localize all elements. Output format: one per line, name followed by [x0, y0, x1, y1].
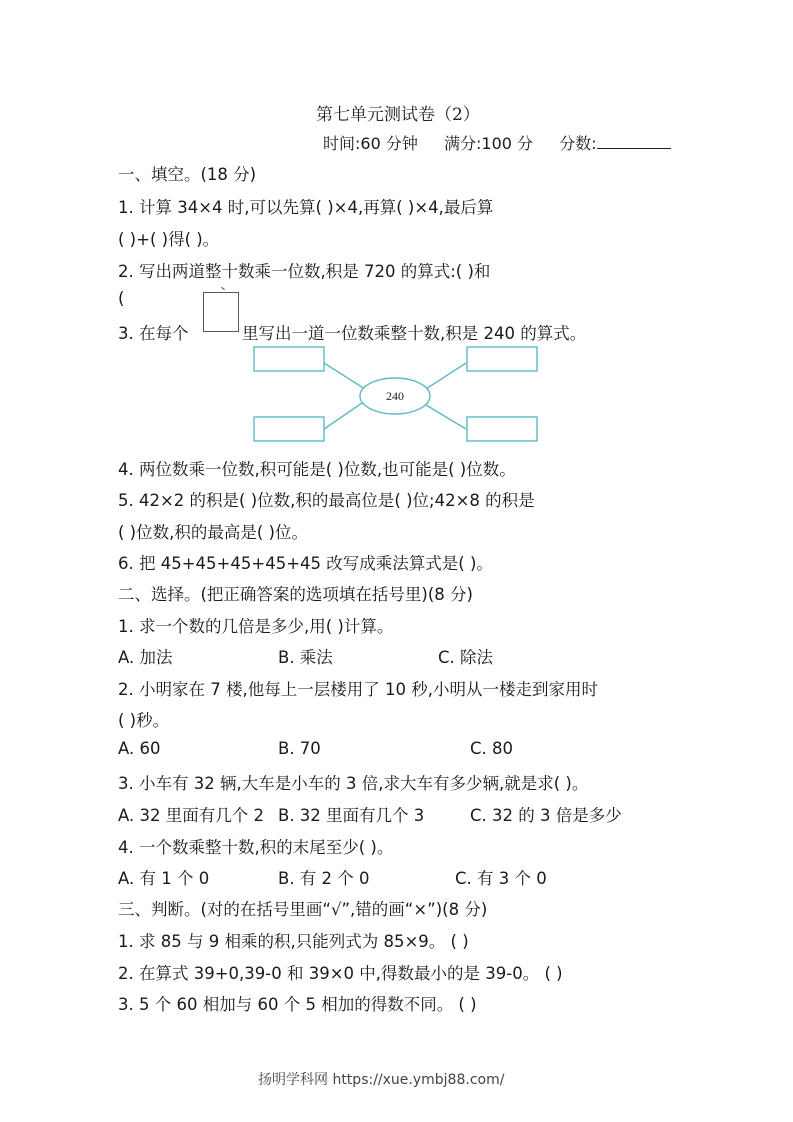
- s2-q3-option-c: C. 32 的 3 倍是多少: [470, 802, 622, 826]
- answer-box-icon: [203, 292, 239, 332]
- connector-line: [426, 363, 466, 389]
- page-title: 第七单元测试卷（2）: [316, 100, 480, 125]
- footer-watermark: 扬明学科网 https://xue.ymbj88.com/: [258, 1069, 504, 1089]
- center-value: 240: [386, 389, 404, 403]
- s1-q3-prefix: 3. 在每个: [118, 320, 189, 344]
- score-label: 分数:: [559, 134, 596, 153]
- s2-q4-option-a: A. 有 1 个 0: [118, 865, 209, 889]
- s3-item-2: 2. 在算式 39+0,39-0 和 39×0 中,得数最小的是 39-0。 (…: [118, 960, 563, 984]
- s2-q3-option-b: B. 32 里面有几个 3: [278, 802, 424, 826]
- s1-q5-line2: ( )位数,积的最高是( )位。: [118, 519, 308, 543]
- s1-q2-line1: 2. 写出两道整十数乘一位数,积是 720 的算式:( )和: [118, 258, 490, 282]
- s2-q1-option-b: B. 乘法: [278, 644, 333, 668]
- s2-q4-option-b: B. 有 2 个 0: [278, 865, 370, 889]
- connector-line: [324, 363, 365, 389]
- full-marks-label: 满分:100 分: [444, 134, 533, 153]
- s1-q4: 4. 两位数乘一位数,积可能是( )位数,也可能是( )位数。: [118, 456, 516, 480]
- product-240-diagram: 240: [240, 335, 560, 455]
- s1-q6: 6. 把 45+45+45+45+45 改写成乘法算式是( )。: [118, 550, 493, 574]
- answer-box-bottom-right[interactable]: [467, 417, 537, 441]
- time-label: 时间:60 分钟: [323, 134, 418, 153]
- connector-line: [324, 403, 362, 429]
- s2-q2-line2: ( )秒。: [118, 707, 169, 731]
- section3-heading: 三、判断。(对的在括号里画“√”,错的画“×”)(8 分): [118, 896, 487, 920]
- box-tick-mark: [221, 287, 225, 290]
- s3-item-1: 1. 求 85 与 9 相乘的积,只能列式为 85×9。 ( ): [118, 928, 469, 952]
- s2-q1: 1. 求一个数的几倍是多少,用( )计算。: [118, 613, 393, 637]
- answer-box-bottom-left[interactable]: [254, 417, 324, 441]
- s2-q4-option-c: C. 有 3 个 0: [455, 865, 547, 889]
- s3-item-3: 3. 5 个 60 相加与 60 个 5 相加的得数不同。 ( ): [118, 991, 477, 1015]
- s2-q1-option-c: C. 除法: [438, 644, 493, 668]
- connector-line: [426, 405, 466, 429]
- s2-q2-option-b: B. 70: [278, 739, 321, 758]
- answer-box-top-left[interactable]: [254, 347, 324, 371]
- s1-q1-line1: 1. 计算 34×4 时,可以先算( )×4,再算( )×4,最后算: [118, 194, 493, 218]
- score-blank[interactable]: [597, 134, 671, 149]
- s2-q2-line1: 2. 小明家在 7 楼,他每上一层楼用了 10 秒,小明从一楼走到家用时: [118, 676, 598, 700]
- s1-q1-line2: ( )+( )得( )。: [118, 226, 219, 250]
- s2-q3: 3. 小车有 32 辆,大车是小车的 3 倍,求大车有多少辆,就是求( )。: [118, 770, 588, 794]
- s1-q2-line2: (: [118, 289, 124, 308]
- s2-q4: 4. 一个数乘整十数,积的末尾至少( )。: [118, 834, 393, 858]
- s2-q2-option-c: C. 80: [470, 739, 513, 758]
- s2-q2-option-a: A. 60: [118, 739, 160, 758]
- exam-meta: 时间:60 分钟 满分:100 分 分数:: [323, 131, 671, 154]
- section1-heading: 一、填空。(18 分): [118, 161, 256, 185]
- s2-q3-option-a: A. 32 里面有几个 2: [118, 802, 264, 826]
- answer-box-top-right[interactable]: [467, 347, 537, 371]
- s2-q1-option-a: A. 加法: [118, 644, 173, 668]
- section2-heading: 二、选择。(把正确答案的选项填在括号里)(8 分): [118, 581, 473, 605]
- s1-q5-line1: 5. 42×2 的积是( )位数,积的最高位是( )位;42×8 的积是: [118, 487, 535, 511]
